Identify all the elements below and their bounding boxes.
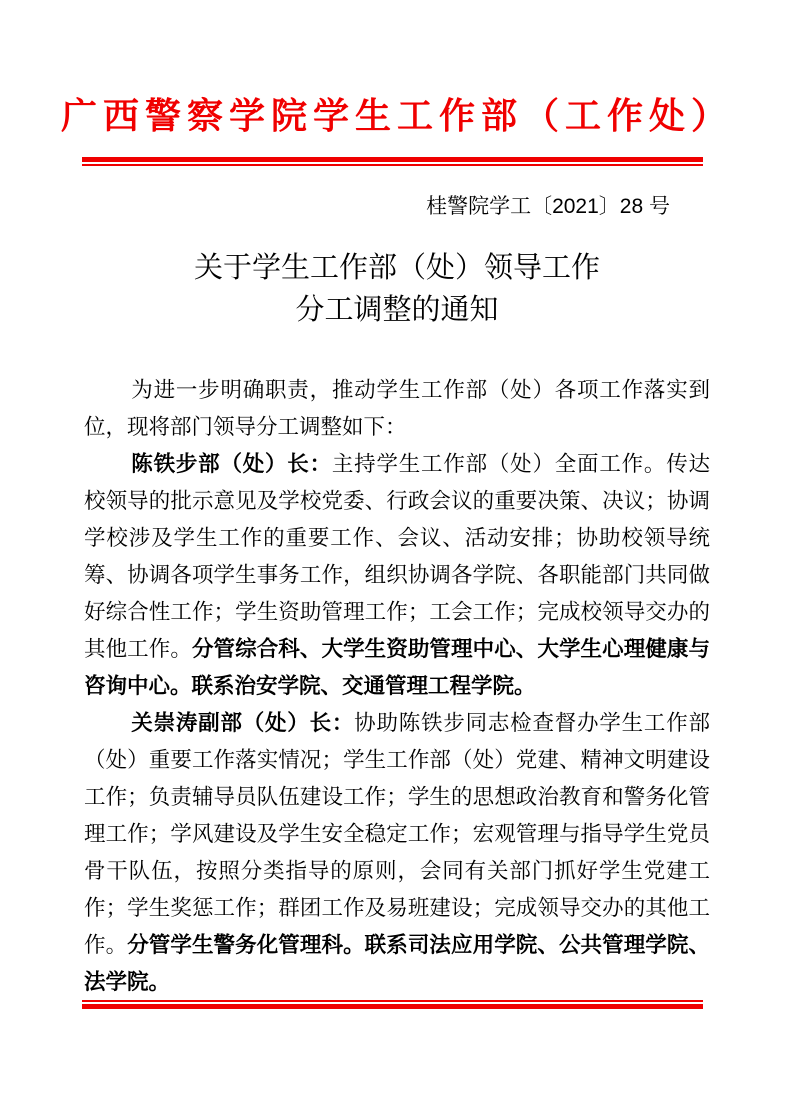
body-paragraph: 关崇涛副部（处）长：协助陈铁步同志检查督办学生工作部（处）重要工作落实情况；学生…	[84, 705, 710, 1001]
body-paragraph: 为进一步明确职责，推动学生工作部（处）各项工作落实到位，现将部门领导分工调整如下…	[84, 372, 710, 446]
document-number: 桂警院学工〔2021〕28 号	[0, 193, 670, 221]
divider-thin-bar	[82, 164, 703, 166]
body-paragraph: 陈铁步部（处）长：主持学生工作部（处）全面工作。传达校领导的批示意见及学校党委、…	[84, 446, 710, 705]
document-title-line1: 关于学生工作部（处）领导工作	[194, 252, 600, 284]
document-body: 为进一步明确职责，推动学生工作部（处）各项工作落实到位，现将部门领导分工调整如下…	[84, 372, 710, 1001]
body-text-bold: 分管学生警务化管理科。联系司法应用学院、公共管理学院、法学院。	[84, 933, 710, 994]
document-page: 广西警察学院学生工作部（工作处） 桂警院学工〔2021〕28 号 关于学生工作部…	[0, 0, 794, 1108]
body-text: 主持学生工作部（处）全面工作。传达校领导的批示意见及学校党委、行政会议的重要决策…	[84, 452, 710, 661]
body-text-bold: 关崇涛副部（处）长：	[131, 711, 354, 735]
footer-divider-line	[82, 1000, 703, 1009]
divider-thick-bar	[82, 1004, 703, 1009]
document-title: 关于学生工作部（处）领导工作 分工调整的通知	[0, 247, 794, 331]
letterhead-divider-line	[82, 157, 703, 166]
red-letterhead-title: 广西警察学院学生工作部（工作处）	[0, 92, 794, 140]
body-text-bold: 陈铁步部（处）长：	[131, 452, 332, 476]
document-title-line2: 分工调整的通知	[295, 294, 498, 326]
body-text: 为进一步明确职责，推动学生工作部（处）各项工作落实到位，现将部门领导分工调整如下…	[84, 378, 710, 439]
body-text: 协助陈铁步同志检查督办学生工作部（处）重要工作落实情况；学生工作部（处）党建、精…	[84, 711, 710, 957]
